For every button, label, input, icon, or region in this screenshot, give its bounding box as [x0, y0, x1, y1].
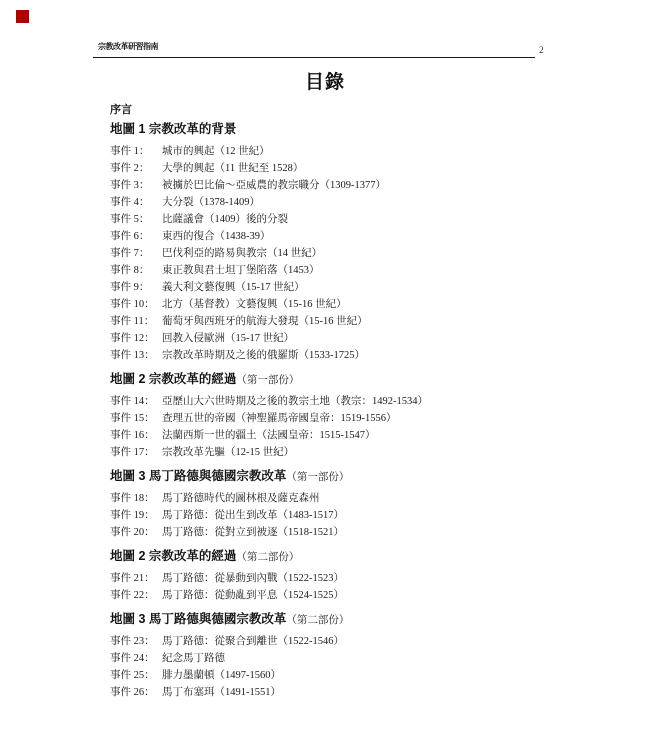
- toc-item-text: 馬丁布塞珥（1491-1551）: [162, 684, 555, 701]
- toc-item: 事件 6： 東西的復合（1438-39）: [110, 228, 555, 245]
- toc-item: 事件 9： 義大利文藝復興（15-17 世紀）: [110, 279, 555, 296]
- toc-item: 事件 23： 馬丁路德：從聚合到離世（1522-1546）: [110, 633, 555, 650]
- section-heading: 地圖 2 宗教改革的經過（第二部份）: [110, 546, 555, 568]
- toc-item-label: 事件 16：: [110, 427, 162, 444]
- page-title: 目錄: [0, 71, 650, 95]
- toc-item-label: 事件 26：: [110, 684, 162, 701]
- toc-item-text: 義大利文藝復興（15-17 世紀）: [162, 279, 555, 296]
- toc-item-label: 事件 11：: [110, 313, 162, 330]
- section-items: 事件 14： 亞歷山大六世時期及之後的教宗土地（教宗：1492-1534） 事件…: [110, 393, 555, 461]
- toc-item: 事件 17： 宗教改革先驅（12-15 世紀）: [110, 444, 555, 461]
- section-heading: 地圖 3 馬丁路德與德國宗教改革（第一部份）: [110, 466, 555, 488]
- table-of-contents: 序言 地圖 1 宗教改革的背景 事件 1： 城市的興起（12 世紀） 事件 2：…: [110, 101, 555, 701]
- section-heading-text: 地圖 3 馬丁路德與德國宗教改革: [110, 612, 286, 626]
- toc-item-label: 事件 4：: [110, 194, 162, 211]
- toc-item-text: 葡萄牙與西班牙的航海大發現（15-16 世紀）: [162, 313, 555, 330]
- preface-heading: 序言: [110, 101, 555, 119]
- toc-item: 事件 3： 被擄於巴比倫～亞威農的教宗職分（1309-1377）: [110, 177, 555, 194]
- toc-item: 事件 8： 東正教與君士坦丁堡陷落（1453）: [110, 262, 555, 279]
- toc-item: 事件 12： 回教入侵歐洲（15-17 世紀）: [110, 330, 555, 347]
- toc-item: 事件 19： 馬丁路德：從出生到改革（1483-1517）: [110, 507, 555, 524]
- toc-item: 事件 18： 馬丁路德時代的圖林根及薩克森州: [110, 490, 555, 507]
- toc-item-text: 被擄於巴比倫～亞威農的教宗職分（1309-1377）: [162, 177, 555, 194]
- toc-item-text: 宗教改革時期及之後的俄羅斯（1533-1725）: [162, 347, 555, 364]
- document-page: 宗教改革研習指南 2 目錄 序言 地圖 1 宗教改革的背景 事件 1： 城市的興…: [0, 0, 650, 750]
- toc-section: 地圖 1 宗教改革的背景 事件 1： 城市的興起（12 世紀） 事件 2： 大學…: [110, 119, 555, 364]
- toc-item: 事件 16： 法蘭西斯一世的疆土（法國皇帝：1515-1547）: [110, 427, 555, 444]
- toc-section: 地圖 2 宗教改革的經過（第二部份） 事件 21： 馬丁路德：從暴動到內戰（15…: [110, 546, 555, 604]
- toc-item-text: 馬丁路德：從聚合到離世（1522-1546）: [162, 633, 555, 650]
- section-items: 事件 23： 馬丁路德：從聚合到離世（1522-1546） 事件 24： 紀念馬…: [110, 633, 555, 701]
- section-heading-text: 地圖 2 宗教改革的經過: [110, 549, 236, 563]
- toc-item: 事件 21： 馬丁路德：從暴動到內戰（1522-1523）: [110, 570, 555, 587]
- toc-item: 事件 2： 大學的興起（11 世紀至 1528）: [110, 160, 555, 177]
- toc-item-text: 比薩議會（1409）後的分裂: [162, 211, 555, 228]
- section-heading-text: 地圖 3 馬丁路德與德國宗教改革: [110, 469, 286, 483]
- running-header-title: 宗教改革研習指南: [98, 42, 158, 52]
- toc-item-label: 事件 2：: [110, 160, 162, 177]
- toc-item-text: 腓力墨蘭頓（1497-1560）: [162, 667, 555, 684]
- section-heading: 地圖 1 宗教改革的背景: [110, 119, 555, 141]
- toc-item-text: 亞歷山大六世時期及之後的教宗土地（教宗：1492-1534）: [162, 393, 555, 410]
- toc-item-label: 事件 13：: [110, 347, 162, 364]
- section-heading-text: 地圖 2 宗教改革的經過: [110, 372, 236, 386]
- toc-item-text: 東西的復合（1438-39）: [162, 228, 555, 245]
- page-number: 2: [539, 45, 544, 57]
- toc-item-text: 巴伐利亞的路易與教宗（14 世紀）: [162, 245, 555, 262]
- section-heading-suffix: （第一部份）: [236, 375, 299, 386]
- toc-item-text: 大學的興起（11 世紀至 1528）: [162, 160, 555, 177]
- toc-item-text: 馬丁路德：從暴動到內戰（1522-1523）: [162, 570, 555, 587]
- toc-item-label: 事件 8：: [110, 262, 162, 279]
- toc-item-label: 事件 7：: [110, 245, 162, 262]
- section-heading: 地圖 2 宗教改革的經過（第一部份）: [110, 369, 555, 391]
- toc-item: 事件 24： 紀念馬丁路德: [110, 650, 555, 667]
- section-heading-suffix: （第二部份）: [236, 552, 299, 563]
- toc-item: 事件 26： 馬丁布塞珥（1491-1551）: [110, 684, 555, 701]
- toc-item-text: 馬丁路德：從出生到改革（1483-1517）: [162, 507, 555, 524]
- toc-item-label: 事件 15：: [110, 410, 162, 427]
- toc-item-text: 城市的興起（12 世紀）: [162, 143, 555, 160]
- section-heading-suffix: （第二部份）: [286, 615, 349, 626]
- toc-item: 事件 7： 巴伐利亞的路易與教宗（14 世紀）: [110, 245, 555, 262]
- toc-item: 事件 20： 馬丁路德：從對立到被逐（1518-1521）: [110, 524, 555, 541]
- section-items: 事件 18： 馬丁路德時代的圖林根及薩克森州 事件 19： 馬丁路德：從出生到改…: [110, 490, 555, 541]
- toc-item-text: 紀念馬丁路德: [162, 650, 555, 667]
- toc-item-label: 事件 1：: [110, 143, 162, 160]
- toc-item-text: 法蘭西斯一世的疆土（法國皇帝：1515-1547）: [162, 427, 555, 444]
- header-rule: [93, 57, 535, 58]
- toc-item-label: 事件 14：: [110, 393, 162, 410]
- toc-item-label: 事件 24：: [110, 650, 162, 667]
- toc-item-label: 事件 17：: [110, 444, 162, 461]
- toc-item-text: 大分裂（1378-1409）: [162, 194, 555, 211]
- toc-item-label: 事件 25：: [110, 667, 162, 684]
- section-items: 事件 1： 城市的興起（12 世紀） 事件 2： 大學的興起（11 世紀至 15…: [110, 143, 555, 364]
- toc-item: 事件 15： 查理五世的帝國（神聖羅馬帝國皇帝：1519-1556）: [110, 410, 555, 427]
- toc-section: 地圖 3 馬丁路德與德國宗教改革（第二部份） 事件 23： 馬丁路德：從聚合到離…: [110, 609, 555, 701]
- toc-item: 事件 1： 城市的興起（12 世紀）: [110, 143, 555, 160]
- toc-item: 事件 13： 宗教改革時期及之後的俄羅斯（1533-1725）: [110, 347, 555, 364]
- toc-item-label: 事件 22：: [110, 587, 162, 604]
- toc-item: 事件 22： 馬丁路德：從動亂到平息（1524-1525）: [110, 587, 555, 604]
- toc-sections: 地圖 1 宗教改革的背景 事件 1： 城市的興起（12 世紀） 事件 2： 大學…: [110, 119, 555, 701]
- section-heading-text: 地圖 1 宗教改革的背景: [110, 122, 236, 136]
- toc-item-label: 事件 19：: [110, 507, 162, 524]
- toc-item-text: 北方（基督教）文藝復興（15-16 世紀）: [162, 296, 555, 313]
- toc-item-label: 事件 12：: [110, 330, 162, 347]
- toc-item-label: 事件 10：: [110, 296, 162, 313]
- toc-item-text: 東正教與君士坦丁堡陷落（1453）: [162, 262, 555, 279]
- toc-section: 地圖 3 馬丁路德與德國宗教改革（第一部份） 事件 18： 馬丁路德時代的圖林根…: [110, 466, 555, 541]
- toc-item-label: 事件 20：: [110, 524, 162, 541]
- toc-item-label: 事件 9：: [110, 279, 162, 296]
- section-items: 事件 21： 馬丁路德：從暴動到內戰（1522-1523） 事件 22： 馬丁路…: [110, 570, 555, 604]
- toc-item-text: 回教入侵歐洲（15-17 世紀）: [162, 330, 555, 347]
- toc-item: 事件 4： 大分裂（1378-1409）: [110, 194, 555, 211]
- toc-item-text: 查理五世的帝國（神聖羅馬帝國皇帝：1519-1556）: [162, 410, 555, 427]
- toc-item: 事件 11： 葡萄牙與西班牙的航海大發現（15-16 世紀）: [110, 313, 555, 330]
- toc-item: 事件 14： 亞歷山大六世時期及之後的教宗土地（教宗：1492-1534）: [110, 393, 555, 410]
- toc-section: 地圖 2 宗教改革的經過（第一部份） 事件 14： 亞歷山大六世時期及之後的教宗…: [110, 369, 555, 461]
- toc-item-label: 事件 21：: [110, 570, 162, 587]
- section-heading: 地圖 3 馬丁路德與德國宗教改革（第二部份）: [110, 609, 555, 631]
- red-stamp-marker: [16, 10, 29, 23]
- toc-item: 事件 10： 北方（基督教）文藝復興（15-16 世紀）: [110, 296, 555, 313]
- toc-item: 事件 25： 腓力墨蘭頓（1497-1560）: [110, 667, 555, 684]
- toc-item-text: 馬丁路德：從動亂到平息（1524-1525）: [162, 587, 555, 604]
- toc-item-text: 馬丁路德：從對立到被逐（1518-1521）: [162, 524, 555, 541]
- toc-item-label: 事件 18：: [110, 490, 162, 507]
- toc-item-label: 事件 5：: [110, 211, 162, 228]
- toc-item-label: 事件 6：: [110, 228, 162, 245]
- toc-item-text: 馬丁路德時代的圖林根及薩克森州: [162, 490, 555, 507]
- section-heading-suffix: （第一部份）: [286, 472, 349, 483]
- toc-item: 事件 5： 比薩議會（1409）後的分裂: [110, 211, 555, 228]
- toc-item-text: 宗教改革先驅（12-15 世紀）: [162, 444, 555, 461]
- toc-item-label: 事件 23：: [110, 633, 162, 650]
- toc-item-label: 事件 3：: [110, 177, 162, 194]
